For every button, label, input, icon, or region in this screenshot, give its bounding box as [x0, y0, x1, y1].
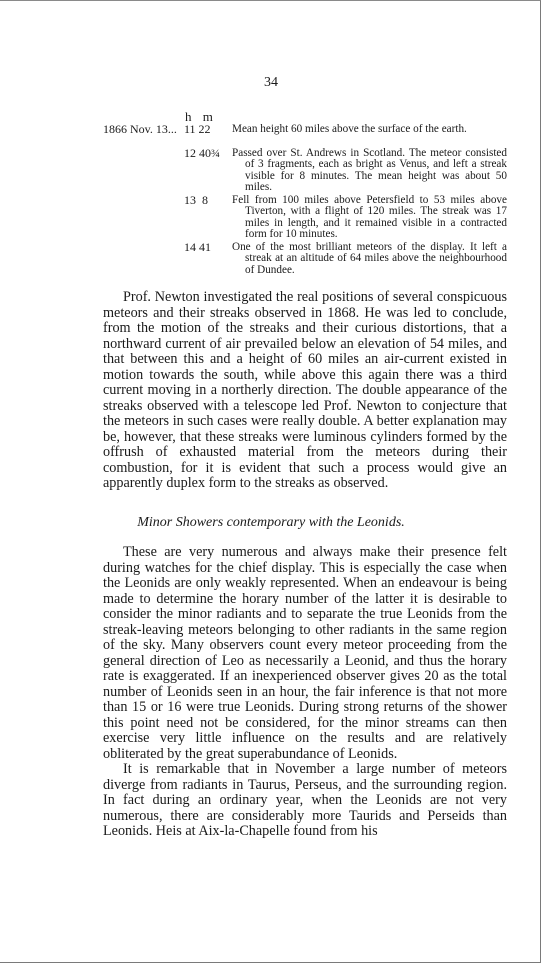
observation-description: One of the most brilliant meteors of the… — [232, 242, 507, 276]
newton-paragraph-block: Prof. Newton investigated the real posit… — [103, 290, 507, 492]
section-body: These are very numerous and always make … — [103, 545, 507, 840]
observation-time: 13 8 — [184, 195, 208, 206]
observation-description: Fell from 100 miles above Petersfield to… — [232, 195, 507, 241]
observation-time: 14 41 — [184, 242, 211, 253]
paragraph: These are very numerous and always make … — [103, 545, 507, 762]
observation-description: Mean height 60 miles above the surface o… — [232, 124, 507, 135]
observation-time: 12 40¾ — [184, 148, 220, 159]
observation-date: 1866 Nov. 13... — [103, 124, 177, 135]
observation-description: Passed over St. Andrews in Scotland. The… — [232, 148, 507, 194]
paragraph: It is remarkable that in November a larg… — [103, 762, 507, 840]
time-column-header: h m — [185, 111, 217, 122]
paragraph: Prof. Newton investigated the real posit… — [103, 290, 507, 492]
observation-time: 11 22 — [184, 124, 211, 135]
section-heading: Minor Showers contemporary with the Leon… — [0, 515, 542, 531]
page-number: 34 — [0, 75, 542, 91]
